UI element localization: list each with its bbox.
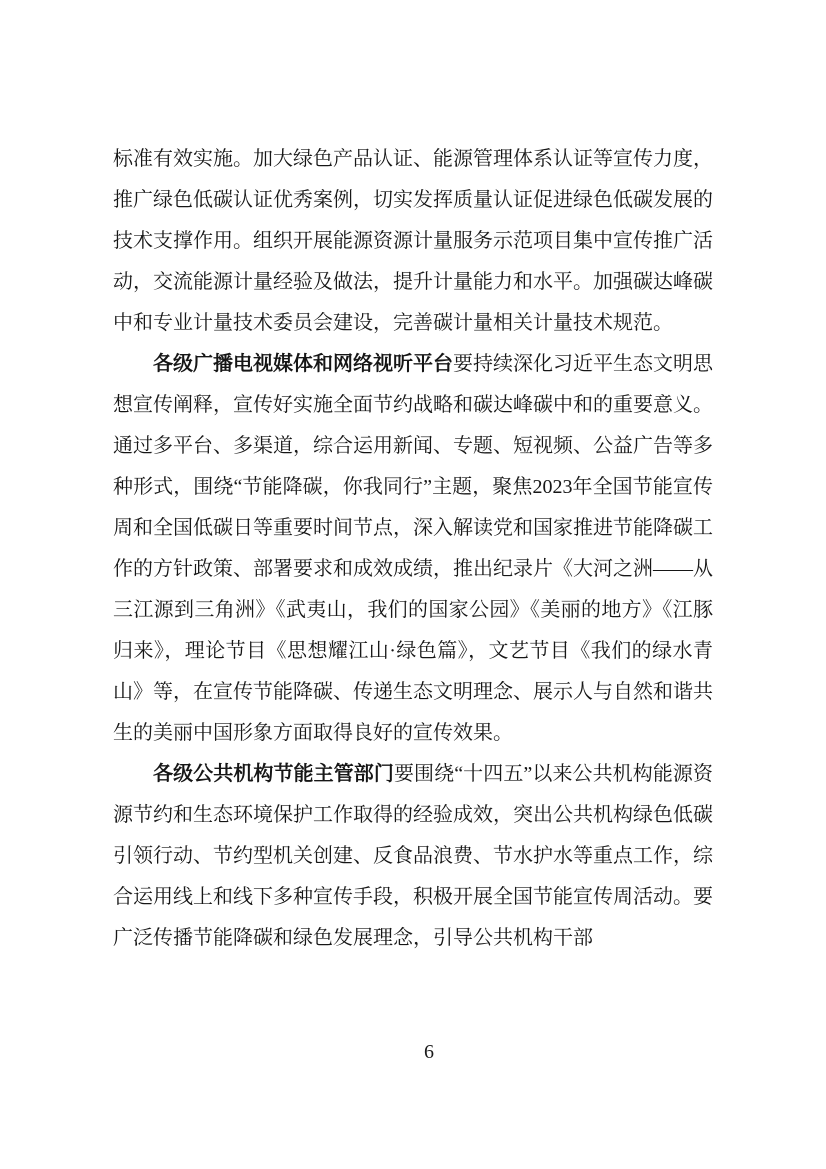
paragraph-text: 要持续深化习近平生态文明思想宣传阐释，宣传好实施全面节约战略和碳达峰碳中和的重要…	[113, 353, 713, 744]
document-page: 标准有效实施。加大绿色产品认证、能源管理体系认证等宣传力度，推广绿色低碳认证优秀…	[0, 0, 826, 1169]
paragraph: 各级广播电视媒体和网络视听平台要持续深化习近平生态文明思想宣传阐释，宣传好实施全…	[113, 344, 713, 754]
paragraph: 标准有效实施。加大绿色产品认证、能源管理体系认证等宣传力度，推广绿色低碳认证优秀…	[113, 139, 713, 344]
paragraph-lead: 各级广播电视媒体和网络视听平台	[153, 353, 453, 375]
paragraph-text: 标准有效实施。加大绿色产品认证、能源管理体系认证等宣传力度，推广绿色低碳认证优秀…	[113, 148, 713, 334]
paragraph-text: 要围绕“十四五”以来公共机构能源资源节约和生态环境保护工作取得的经验成效，突出公…	[113, 763, 713, 949]
body-text: 标准有效实施。加大绿色产品认证、能源管理体系认证等宣传力度，推广绿色低碳认证优秀…	[113, 139, 713, 959]
paragraph-lead: 各级公共机构节能主管部门	[153, 763, 394, 785]
paragraph: 各级公共机构节能主管部门要围绕“十四五”以来公共机构能源资源节约和生态环境保护工…	[113, 754, 713, 959]
page-number: 6	[0, 1038, 826, 1066]
